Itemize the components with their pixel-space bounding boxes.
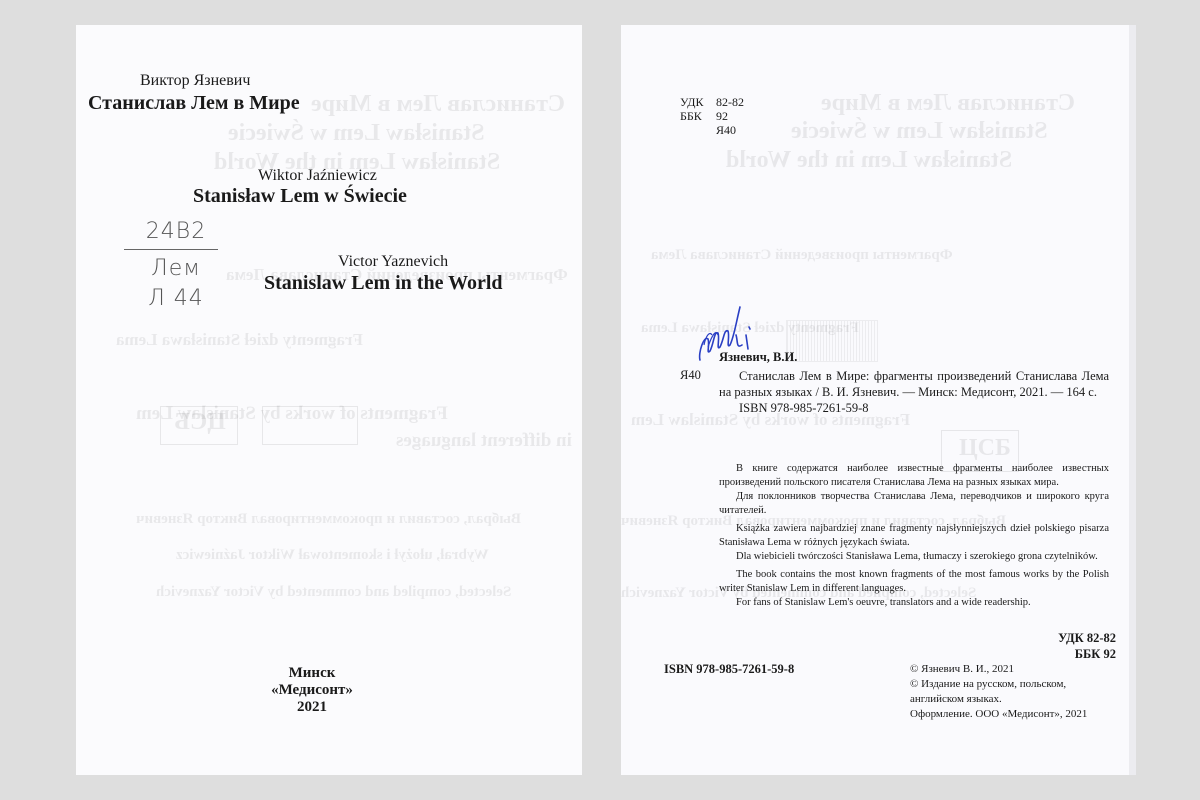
bleed-through-barcode (786, 320, 878, 362)
annotation-pl-paragraph: Książka zawiera najbardziej znane fragme… (719, 522, 1109, 550)
classification-footer: УДК 82-82 ББК 92 (1058, 630, 1116, 662)
copyright-notice: © Язневич В. И., 2021 © Издание на русск… (910, 662, 1087, 722)
author-mark-value: Я40 (716, 123, 736, 137)
bleed-through-fragment-pl: Fragmenty dzieł Stanisława Lema (116, 330, 363, 350)
catalog-description: Станислав Лем в Мире: фрагменты произвед… (719, 368, 1109, 400)
copyright-line: © Издание на русском, польском, (910, 677, 1087, 692)
classification-codes: УДК82-82 ББК92 Я40 (680, 95, 744, 137)
bleed-through-title-pl: Stanisław Lem w Świecie (228, 120, 485, 147)
catalog-author-heading: Язневич, В.И. (719, 350, 797, 365)
book-title-english: Stanislaw Lem in the World (264, 272, 503, 295)
shelfmark-middle: Лем (136, 254, 216, 284)
annotation-en-paragraph: For fans of Stanislaw Lem's oeuvre, tran… (719, 596, 1109, 610)
bbk-label: ББК (680, 109, 716, 123)
bleed-through-title-pl: Stanisław Lem w Świecie (791, 118, 1048, 145)
imprint-publisher: «Медисонт» (76, 682, 582, 699)
author-mark-label (680, 123, 716, 137)
udk-label: УДК (680, 95, 716, 109)
annotation-russian: В книге содержатся наиболее известные фр… (719, 462, 1109, 518)
left-page-title-spread: Станислав Лем в Мире Stanisław Lem w Świ… (76, 25, 582, 775)
shelfmark-divider (124, 249, 218, 250)
author-name-english: Victor Yaznevich (338, 253, 448, 271)
right-page-copyright-spread: Станислав Лем в Мире Stanisław Lem w Świ… (621, 25, 1136, 775)
bleed-through-credit-en: Selected, compiled and commented by Vict… (156, 584, 511, 601)
annotation-ru-paragraph: В книге содержатся наиболее известные фр… (719, 462, 1109, 490)
annotation-english: The book contains the most known fragmen… (719, 568, 1109, 610)
page-edge-shadow (1129, 25, 1136, 775)
annotation-polish: Książka zawiera najbardziej znane fragme… (719, 522, 1109, 564)
annotation-en-paragraph: The book contains the most known fragmen… (719, 568, 1109, 596)
publisher-imprint: Минск «Медисонт» 2021 (76, 665, 582, 716)
shelfmark-top: 24В2 (136, 217, 216, 247)
bleed-through-stamp-box-2 (262, 406, 358, 445)
catalog-author-code: Я40 (680, 368, 701, 383)
bbk-value: 92 (716, 109, 728, 123)
bleed-through-fragment-ru: Фрагменты произведений Станислава Лема (651, 247, 953, 264)
author-name-russian: Виктор Язневич (140, 72, 250, 90)
author-name-polish: Wiktor Jaźniewicz (258, 167, 377, 185)
bleed-through-credit-pl: Wybrał, ułożył i skomentował Wiktor Jaźn… (176, 547, 489, 564)
udk-value: 82-82 (716, 95, 744, 109)
bleed-through-title-ru: Станислав Лем в Мире (311, 91, 565, 118)
shelfmark-bottom: Л 44 (136, 284, 216, 314)
bleed-through-fragment-lang: in different languages (396, 430, 572, 452)
book-title-russian: Станислав Лем в Мире (88, 92, 300, 115)
imprint-city: Минск (76, 665, 582, 682)
copyright-line: Оформление. ООО «Медисонт», 2021 (910, 707, 1087, 722)
bleed-through-stamp: ЦСБ (959, 435, 1011, 462)
copyright-line: © Язневич В. И., 2021 (910, 662, 1087, 677)
bleed-through-title-en: Stanisław Lem in the World (726, 147, 1012, 174)
bleed-through-stamp: ЦСБ (174, 409, 226, 436)
bbk-footer: ББК 92 (1058, 646, 1116, 662)
book-title-polish: Stanisław Lem w Świecie (193, 185, 407, 208)
isbn-footer: ISBN 978-985-7261-59-8 (664, 662, 794, 677)
bleed-through-title-ru: Станислав Лем в Мире (821, 90, 1075, 117)
bleed-through-credit-ru: Выбрал, составил и прокомментировал Викт… (136, 511, 521, 528)
copyright-line: английском языках. (910, 692, 1087, 707)
udk-footer: УДК 82-82 (1058, 630, 1116, 646)
catalog-isbn: ISBN 978-985-7261-59-8 (719, 400, 1109, 416)
catalog-card-body: Станислав Лем в Мире: фрагменты произвед… (719, 368, 1109, 416)
handwritten-shelfmark: 24В2 Лем Л 44 (136, 217, 216, 314)
annotation-pl-paragraph: Dla wiebicieli twórczości Stanisława Lem… (719, 550, 1109, 564)
imprint-year: 2021 (76, 699, 582, 716)
annotation-ru-paragraph: Для поклонников творчества Станислава Ле… (719, 490, 1109, 518)
